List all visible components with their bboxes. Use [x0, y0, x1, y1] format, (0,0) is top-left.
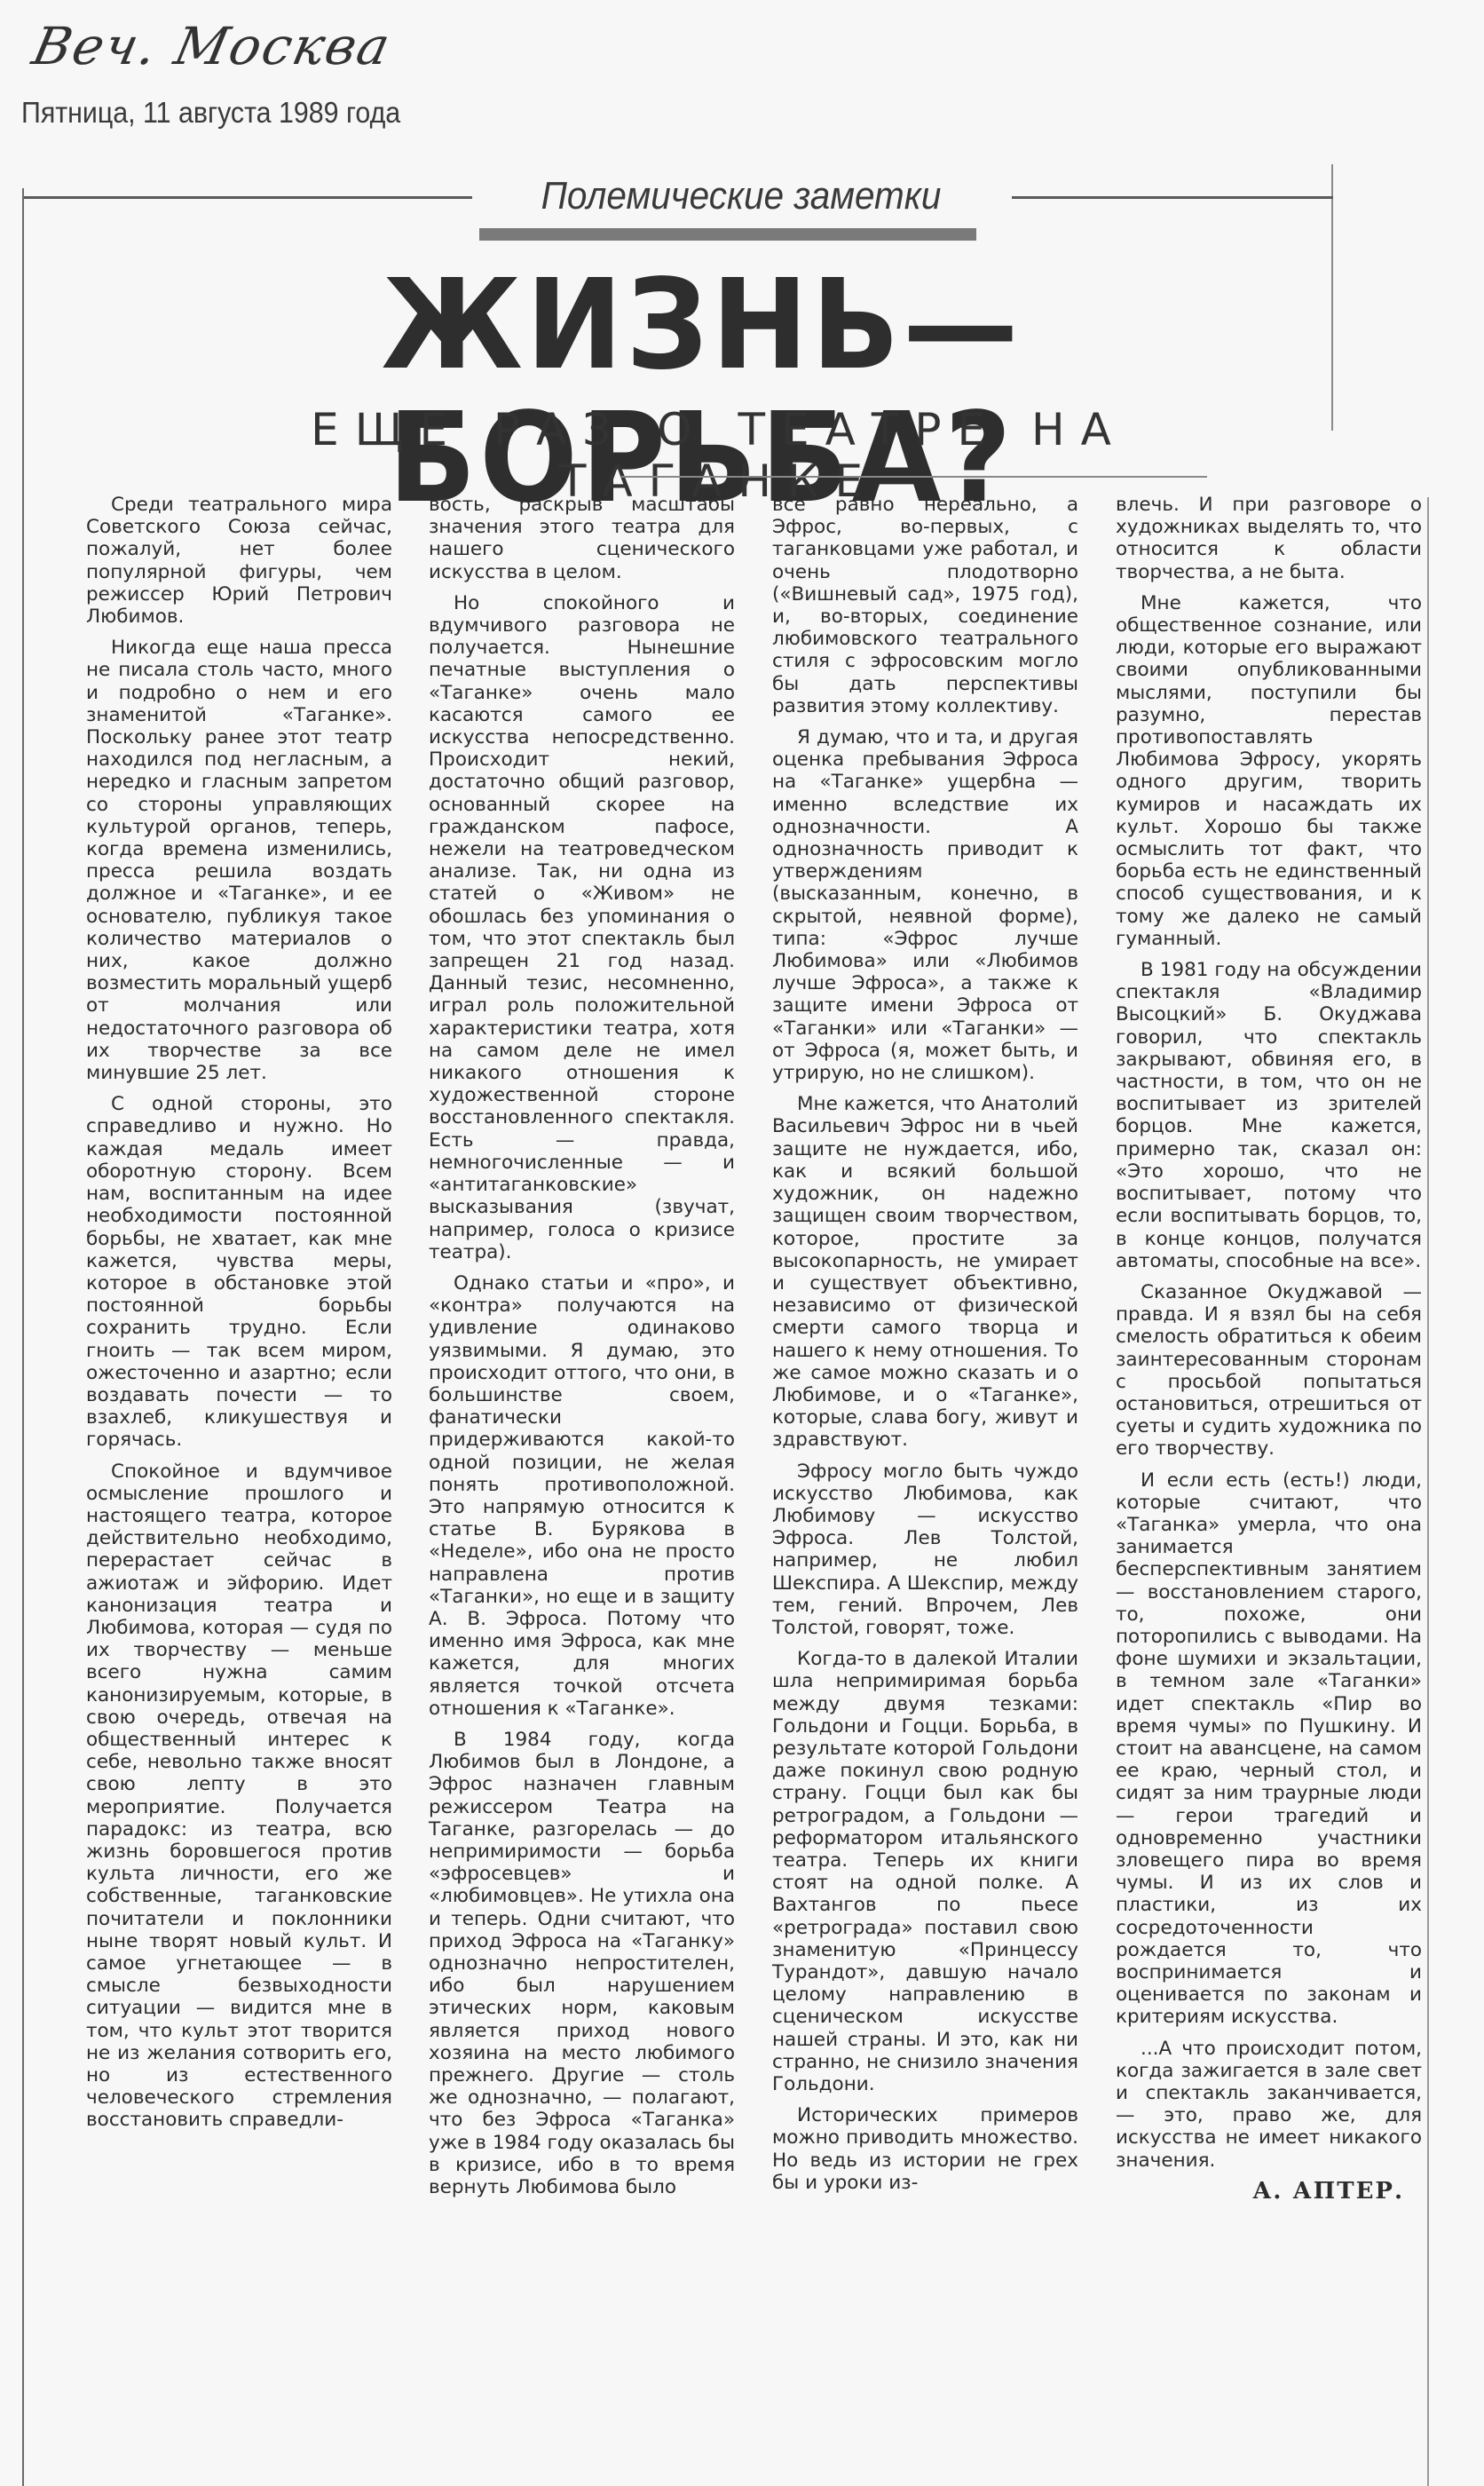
paragraph: Я думаю, что и та, и другая оценка пребы… [772, 726, 1078, 1084]
author-signature: А. АПТЕР. [1116, 2181, 1422, 2203]
handwritten-source-note: Веч. Москва [28, 16, 397, 76]
paragraph: все равно нереально, а Эфрос, во-первых,… [772, 494, 1078, 717]
paragraph: И если есть (есть!) люди, которые считаю… [1116, 1469, 1422, 2029]
article-column-2: вость, раскрыв масштабы значения этого т… [429, 494, 735, 2207]
rubric-rule-left [24, 196, 472, 199]
dateline: Пятница, 11 августа 1989 года [21, 96, 400, 130]
paragraph: Среди театрального мира Советского Союза… [86, 494, 392, 628]
paragraph: Никогда еще наша пресса не писала столь … [86, 637, 392, 1084]
article-column-4: влечь. И при разговоре о художниках выде… [1116, 494, 1422, 2203]
rubric-rule-right [1012, 196, 1333, 199]
paragraph: В 1984 году, когда Любимов был в Лондоне… [429, 1729, 735, 2198]
paragraph: Исторических примеров можно приводить мн… [772, 2104, 1078, 2194]
paragraph: В 1981 году на обсуждении спектакля «Вла… [1116, 959, 1422, 1272]
paragraph: Мне кажется, что Анатолий Васильевич Эфр… [772, 1093, 1078, 1451]
paragraph: влечь. И при разговоре о художниках выде… [1116, 494, 1422, 583]
paragraph: С одной стороны, это справедливо и нужно… [86, 1093, 392, 1451]
frame-rule-right-lower [1427, 497, 1429, 2486]
paragraph: Однако статьи и «про», и «контра» получа… [429, 1272, 735, 1720]
article-column-3: все равно нереально, а Эфрос, во-первых,… [772, 494, 1078, 2203]
paragraph: Спокойное и вдумчивое осмысление прошлог… [86, 1461, 392, 2132]
subheadline: ЕЩЕ РАЗ О ТЕАТРЕ НА ТАГАНКЕ [186, 404, 1251, 507]
rubric-underline-bar [479, 228, 976, 241]
article-column-1: Среди театрального мира Советского Союза… [86, 494, 392, 2141]
rubric-label: Полемические заметки [504, 174, 978, 218]
frame-rule-left [22, 188, 24, 2486]
paragraph: Эфросу могло быть чуждо искусство Любимо… [772, 1461, 1078, 1640]
paragraph: ...А что происходит потом, когда зажигае… [1116, 2038, 1422, 2172]
paragraph: Но спокойного и вдумчивого разговора не … [429, 592, 735, 1263]
paragraph: вость, раскрыв масштабы значения этого т… [429, 494, 735, 583]
frame-rule-right [1331, 164, 1333, 431]
paragraph: Сказанное Окуджавой — правда. И я взял б… [1116, 1281, 1422, 1461]
paragraph: Мне кажется, что общественное сознание, … [1116, 592, 1422, 950]
paragraph: Когда-то в далекой Италии шла непримирим… [772, 1648, 1078, 2095]
subheadline-rule [621, 476, 1207, 478]
